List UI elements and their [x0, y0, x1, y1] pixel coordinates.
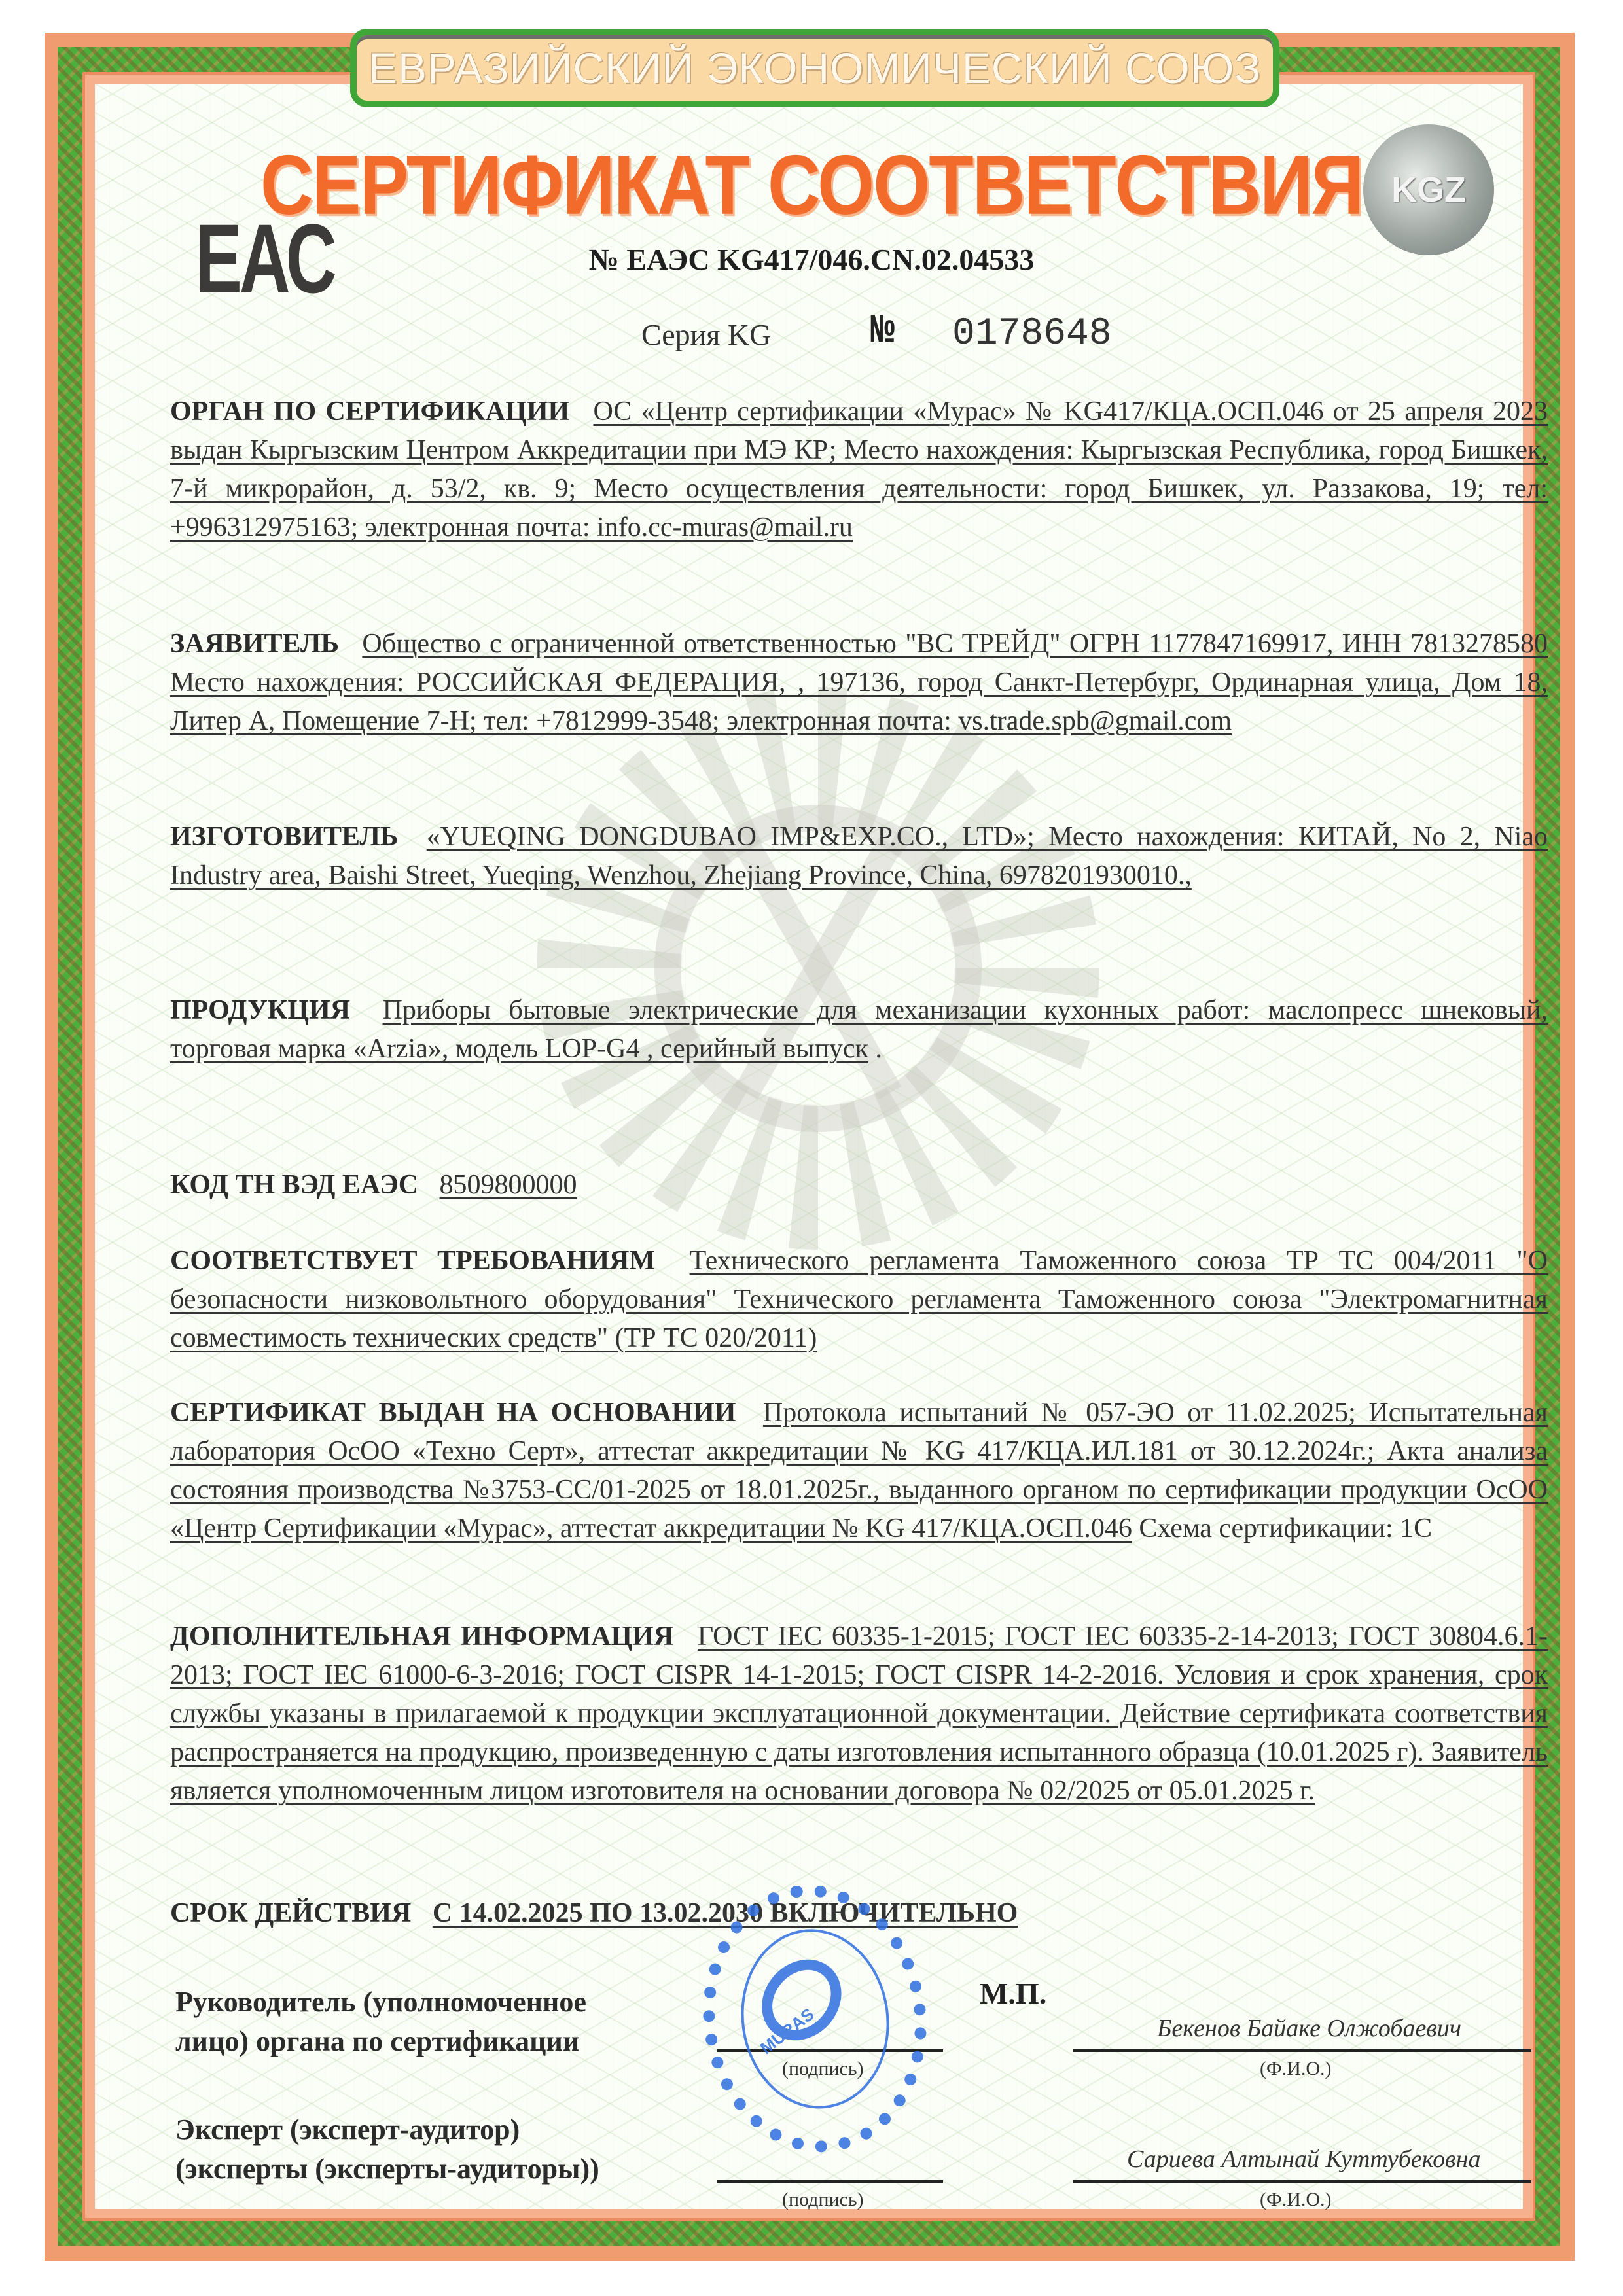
- section-product: ПРОДУКЦИЯ Приборы бытовые электрические …: [170, 991, 1548, 1069]
- section-certification-body: ОРГАН ПО СЕРТИФИКАЦИИ ОС «Центр сертифик…: [170, 393, 1548, 547]
- section-label: СЕРТИФИКАТ ВЫДАН НА ОСНОВАНИИ: [170, 1398, 736, 1428]
- series-number-sign: №: [870, 308, 895, 354]
- expert-signature-caption: (подпись): [782, 2189, 864, 2211]
- head-signatory-label: Руководитель (уполномоченное лицо) орган…: [175, 1983, 586, 2061]
- section-label: СРОК ДЕЙСТВИЯ: [170, 1898, 411, 1928]
- section-trail: .: [868, 1034, 882, 1064]
- section-label: ОРГАН ПО СЕРТИФИКАЦИИ: [170, 397, 569, 427]
- section-label: КОД ТН ВЭД ЕАЭС: [170, 1170, 418, 1200]
- section-value: 8509800000: [440, 1170, 577, 1200]
- head-label-line2: лицо) органа по сертификации: [175, 2022, 586, 2061]
- section-label: ЗАЯВИТЕЛЬ: [170, 629, 339, 659]
- section-hs-code: КОД ТН ВЭД ЕАЭС 8509800000: [170, 1166, 1548, 1205]
- union-banner: ЕВРАЗИЙСКИЙ ЭКОНОМИЧЕСКИЙ СОЮЗ: [350, 29, 1279, 107]
- section-trail: Схема сертификации: 1С: [1132, 1513, 1432, 1544]
- expert-name-caption: (Ф.И.О.): [1260, 2189, 1332, 2211]
- expert-label-line1: Эксперт (эксперт-аудитор): [175, 2110, 599, 2149]
- section-label: ДОПОЛНИТЕЛЬНАЯ ИНФОРМАЦИЯ: [170, 1621, 673, 1651]
- series-number: 0178648: [952, 313, 1112, 355]
- section-value: Общество с ограниченной ответственностью…: [170, 629, 1548, 736]
- expert-label-line2: (эксперты (эксперты-аудиторы)): [175, 2149, 599, 2189]
- expert-signature-line: [717, 2180, 943, 2183]
- certificate-number: № ЕАЭС KG417/046.CN.02.04533: [0, 242, 1623, 277]
- section-value: Приборы бытовые электрические для механи…: [170, 995, 1548, 1064]
- seal-mark: М.П.: [980, 1976, 1046, 2011]
- expert-signatory-label: Эксперт (эксперт-аудитор) (эксперты (экс…: [175, 2110, 599, 2189]
- head-name-caption: (Ф.И.О.): [1260, 2058, 1332, 2080]
- expert-name-line: [1073, 2180, 1531, 2183]
- section-label: СООТВЕТСТВУЕТ ТРЕБОВАНИЯМ: [170, 1246, 655, 1276]
- section-additional-info: ДОПОЛНИТЕЛЬНАЯ ИНФОРМАЦИЯ ГОСТ IEC 60335…: [170, 1617, 1548, 1810]
- section-applicant: ЗАЯВИТЕЛЬ Общество с ограниченной ответс…: [170, 625, 1548, 741]
- series-label: Серия KG: [641, 317, 771, 352]
- union-banner-text: ЕВРАЗИЙСКИЙ ЭКОНОМИЧЕСКИЙ СОЮЗ: [368, 43, 1261, 93]
- head-name-line: [1073, 2049, 1531, 2052]
- section-label: ИЗГОТОВИТЕЛЬ: [170, 822, 399, 852]
- section-conforms: СООТВЕТСТВУЕТ ТРЕБОВАНИЯМ Технического р…: [170, 1242, 1548, 1358]
- section-issued-basis: СЕРТИФИКАТ ВЫДАН НА ОСНОВАНИИ Протокола …: [170, 1394, 1548, 1548]
- certificate-title: СЕРТИФИКАТ СООТВЕТСТВИЯ: [0, 136, 1623, 233]
- section-manufacturer: ИЗГОТОВИТЕЛЬ «YUEQING DONGDUBAO IMP&EXP.…: [170, 818, 1548, 895]
- expert-name: Сариева Алтынай Куттубековна: [1127, 2145, 1480, 2174]
- section-value: С 14.02.2025 ПО 13.02.2030 ВКЛЮЧИТЕЛЬНО: [433, 1898, 1018, 1928]
- head-name: Бекенов Байаке Олжобаевич: [1157, 2014, 1461, 2043]
- section-label: ПРОДУКЦИЯ: [170, 995, 350, 1025]
- head-label-line1: Руководитель (уполномоченное: [175, 1983, 586, 2022]
